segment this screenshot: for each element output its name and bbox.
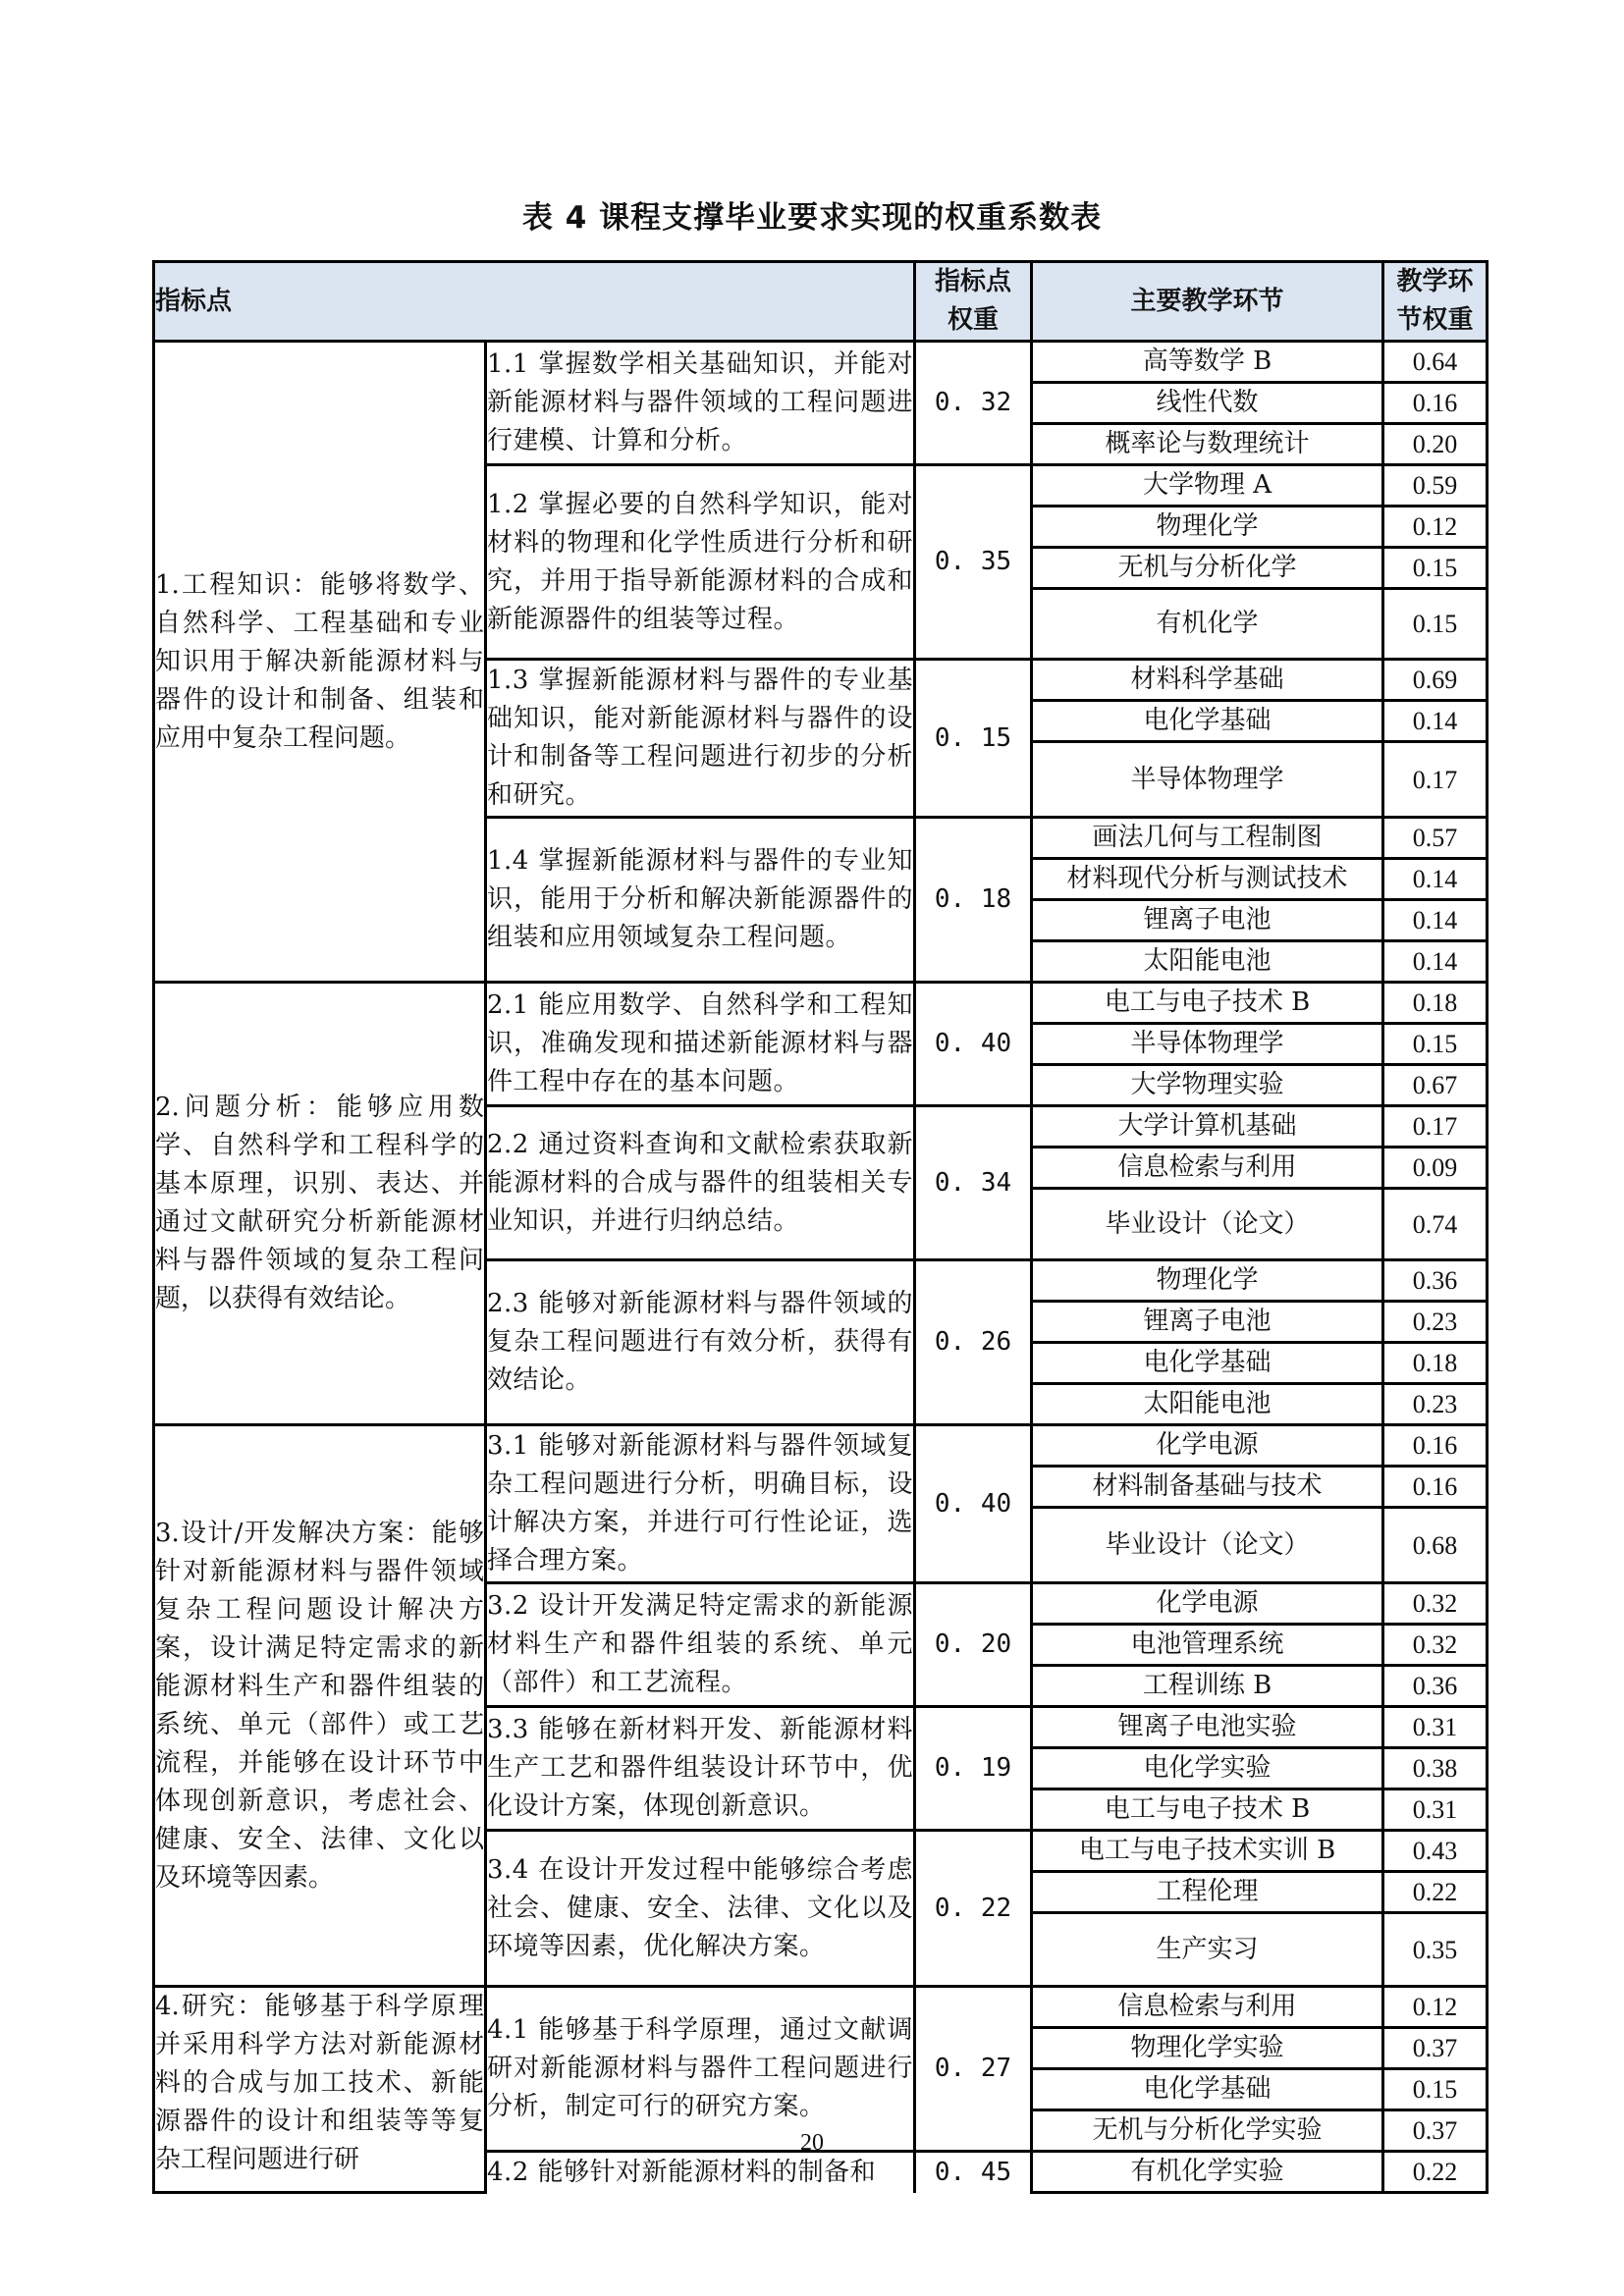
course-name: 太阳能电池 bbox=[1032, 941, 1383, 983]
course-name: 电工与电子技术 B bbox=[1032, 983, 1383, 1024]
course-name: 半导体物理学 bbox=[1032, 742, 1383, 818]
indicator-weight-cell: 0. 45 bbox=[915, 2152, 1032, 2193]
indicator-weight-cell: 0. 26 bbox=[915, 1260, 1032, 1425]
course-weight: 0.16 bbox=[1383, 1467, 1488, 1508]
indicator-point-cell: 3.4 在设计开发过程中能够综合考虑社会、健康、安全、法律、文化以及环境等因素，… bbox=[486, 1831, 915, 1987]
course-name: 化学电源 bbox=[1032, 1425, 1383, 1467]
indicator-weight-cell: 0. 35 bbox=[915, 465, 1032, 660]
weight-coefficient-table: 指标点 指标点权重 主要教学环节 教学环节权重 1.工程知识：能够将数学、自然科… bbox=[152, 260, 1489, 2194]
requirement-cell: 3.设计/开发解决方案：能够针对新能源材料与器件领域复杂工程问题设计解决方案，设… bbox=[154, 1425, 486, 1987]
indicator-weight-cell: 0. 19 bbox=[915, 1707, 1032, 1831]
course-weight: 0.64 bbox=[1383, 342, 1488, 383]
requirement-cell: 2.问题分析：能够应用数学、自然科学和工程科学的基本原理，识别、表达、并通过文献… bbox=[154, 983, 486, 1425]
course-name: 材料科学基础 bbox=[1032, 660, 1383, 701]
course-weight: 0.59 bbox=[1383, 465, 1488, 507]
table-title: 表 4 课程支撑毕业要求实现的权重系数表 bbox=[0, 192, 1624, 237]
page-number: 20 bbox=[0, 2130, 1624, 2157]
course-name: 大学物理实验 bbox=[1032, 1065, 1383, 1106]
course-weight: 0.74 bbox=[1383, 1189, 1488, 1260]
course-weight: 0.57 bbox=[1383, 818, 1488, 859]
course-name: 电工与电子技术实训 B bbox=[1032, 1831, 1383, 1872]
requirement-cell: 4.研究：能够基于科学原理并采用科学方法对新能源材料的合成与加工技术、新能源器件… bbox=[154, 1987, 486, 2193]
course-weight: 0.23 bbox=[1383, 1384, 1488, 1425]
course-weight: 0.17 bbox=[1383, 1106, 1488, 1148]
header-indicator: 指标点 bbox=[154, 262, 915, 342]
indicator-weight-cell: 0. 40 bbox=[915, 1425, 1032, 1583]
course-name: 电化学实验 bbox=[1032, 1748, 1383, 1789]
course-name: 高等数学 B bbox=[1032, 342, 1383, 383]
course-name: 锂离子电池实验 bbox=[1032, 1707, 1383, 1748]
course-name: 生产实习 bbox=[1032, 1913, 1383, 1987]
course-weight: 0.15 bbox=[1383, 1024, 1488, 1065]
indicator-point-cell: 1.2 掌握必要的自然科学知识，能对材料的物理和化学性质进行分析和研究，并用于指… bbox=[486, 465, 915, 660]
course-weight: 0.36 bbox=[1383, 1260, 1488, 1302]
course-name: 电化学基础 bbox=[1032, 701, 1383, 742]
course-name: 电工与电子技术 B bbox=[1032, 1789, 1383, 1831]
course-name: 大学计算机基础 bbox=[1032, 1106, 1383, 1148]
course-weight: 0.09 bbox=[1383, 1148, 1488, 1189]
course-name: 信息检索与利用 bbox=[1032, 1148, 1383, 1189]
indicator-weight-cell: 0. 15 bbox=[915, 660, 1032, 818]
course-name: 大学物理 A bbox=[1032, 465, 1383, 507]
course-weight: 0.14 bbox=[1383, 900, 1488, 941]
course-weight: 0.15 bbox=[1383, 548, 1488, 589]
course-weight: 0.14 bbox=[1383, 859, 1488, 900]
header-indicator-weight: 指标点权重 bbox=[915, 262, 1032, 342]
course-weight: 0.38 bbox=[1383, 1748, 1488, 1789]
course-name: 化学电源 bbox=[1032, 1583, 1383, 1625]
header-indicator-weight-line2: 权重 bbox=[947, 305, 999, 335]
course-weight: 0.15 bbox=[1383, 589, 1488, 660]
course-name: 工程伦理 bbox=[1032, 1872, 1383, 1913]
course-name: 电池管理系统 bbox=[1032, 1625, 1383, 1666]
course-weight: 0.69 bbox=[1383, 660, 1488, 701]
course-weight: 0.14 bbox=[1383, 701, 1488, 742]
course-weight: 0.36 bbox=[1383, 1666, 1488, 1707]
requirement-cell: 1.工程知识：能够将数学、自然科学、工程基础和专业知识用于解决新能源材料与器件的… bbox=[154, 342, 486, 983]
indicator-point-cell: 1.3 掌握新能源材料与器件的专业基础知识，能对新能源材料与器件的设计和制备等工… bbox=[486, 660, 915, 818]
course-weight: 0.18 bbox=[1383, 1343, 1488, 1384]
indicator-point-cell: 4.2 能够针对新能源材料的制备和 bbox=[486, 2152, 915, 2193]
course-weight: 0.20 bbox=[1383, 424, 1488, 465]
course-weight: 0.22 bbox=[1383, 2152, 1488, 2193]
indicator-point-cell: 4.1 能够基于科学原理，通过文献调研对新能源材料与器件工程问题进行分析，制定可… bbox=[486, 1987, 915, 2152]
course-weight: 0.18 bbox=[1383, 983, 1488, 1024]
course-name: 工程训练 B bbox=[1032, 1666, 1383, 1707]
header-indicator-weight-line1: 指标点 bbox=[935, 267, 1011, 296]
course-weight: 0.15 bbox=[1383, 2069, 1488, 2110]
course-name: 材料制备基础与技术 bbox=[1032, 1467, 1383, 1508]
course-weight: 0.16 bbox=[1383, 383, 1488, 424]
course-name: 信息检索与利用 bbox=[1032, 1987, 1383, 2028]
course-name: 毕业设计（论文） bbox=[1032, 1189, 1383, 1260]
course-name: 概率论与数理统计 bbox=[1032, 424, 1383, 465]
course-name: 无机与分析化学 bbox=[1032, 548, 1383, 589]
course-name: 物理化学 bbox=[1032, 507, 1383, 548]
course-weight: 0.67 bbox=[1383, 1065, 1488, 1106]
course-name: 锂离子电池 bbox=[1032, 1302, 1383, 1343]
indicator-weight-cell: 0. 22 bbox=[915, 1831, 1032, 1987]
course-name: 物理化学实验 bbox=[1032, 2028, 1383, 2069]
indicator-point-cell: 1.1 掌握数学相关基础知识，并能对新能源材料与器件领域的工程问题进行建模、计算… bbox=[486, 342, 915, 465]
course-weight: 0.31 bbox=[1383, 1707, 1488, 1748]
indicator-weight-cell: 0. 20 bbox=[915, 1583, 1032, 1707]
indicator-point-cell: 3.3 能够在新材料开发、新能源材料生产工艺和器件组装设计环节中，优化设计方案，… bbox=[486, 1707, 915, 1831]
header-link-weight-line1: 教学环 bbox=[1397, 267, 1474, 296]
indicator-weight-cell: 0. 40 bbox=[915, 983, 1032, 1106]
indicator-weight-cell: 0. 34 bbox=[915, 1106, 1032, 1260]
indicator-point-cell: 3.2 设计开发满足特定需求的新能源材料生产和器件组装的系统、单元（部件）和工艺… bbox=[486, 1583, 915, 1707]
course-name: 电化学基础 bbox=[1032, 1343, 1383, 1384]
course-name: 材料现代分析与测试技术 bbox=[1032, 859, 1383, 900]
course-name: 电化学基础 bbox=[1032, 2069, 1383, 2110]
indicator-point-cell: 2.2 通过资料查询和文献检索获取新能源材料的合成与器件的组装相关专业知识，并进… bbox=[486, 1106, 915, 1260]
course-weight: 0.32 bbox=[1383, 1583, 1488, 1625]
course-weight: 0.17 bbox=[1383, 742, 1488, 818]
indicator-point-cell: 1.4 掌握新能源材料与器件的专业知识，能用于分析和解决新能源器件的组装和应用领… bbox=[486, 818, 915, 983]
indicator-point-cell: 3.1 能够对新能源材料与器件领域复杂工程问题进行分析，明确目标，设计解决方案，… bbox=[486, 1425, 915, 1583]
course-name: 有机化学实验 bbox=[1032, 2152, 1383, 2193]
course-name: 太阳能电池 bbox=[1032, 1384, 1383, 1425]
course-weight: 0.43 bbox=[1383, 1831, 1488, 1872]
header-link-weight: 教学环节权重 bbox=[1383, 262, 1488, 342]
indicator-point-cell: 2.3 能够对新能源材料与器件领域的复杂工程问题进行有效分析，获得有效结论。 bbox=[486, 1260, 915, 1425]
course-weight: 0.23 bbox=[1383, 1302, 1488, 1343]
course-name: 锂离子电池 bbox=[1032, 900, 1383, 941]
course-weight: 0.32 bbox=[1383, 1625, 1488, 1666]
course-name: 毕业设计（论文） bbox=[1032, 1508, 1383, 1583]
indicator-weight-cell: 0. 27 bbox=[915, 1987, 1032, 2152]
course-weight: 0.35 bbox=[1383, 1913, 1488, 1987]
header-teaching-link: 主要教学环节 bbox=[1032, 262, 1383, 342]
course-weight: 0.16 bbox=[1383, 1425, 1488, 1467]
course-weight: 0.14 bbox=[1383, 941, 1488, 983]
header-row: 指标点 指标点权重 主要教学环节 教学环节权重 bbox=[154, 262, 1488, 342]
course-name: 画法几何与工程制图 bbox=[1032, 818, 1383, 859]
course-name: 有机化学 bbox=[1032, 589, 1383, 660]
indicator-point-cell: 2.1 能应用数学、自然科学和工程知识，准确发现和描述新能源材料与器件工程中存在… bbox=[486, 983, 915, 1106]
course-weight: 0.12 bbox=[1383, 1987, 1488, 2028]
indicator-weight-cell: 0. 18 bbox=[915, 818, 1032, 983]
course-weight: 0.31 bbox=[1383, 1789, 1488, 1831]
course-name: 物理化学 bbox=[1032, 1260, 1383, 1302]
course-name: 半导体物理学 bbox=[1032, 1024, 1383, 1065]
course-weight: 0.12 bbox=[1383, 507, 1488, 548]
course-name: 线性代数 bbox=[1032, 383, 1383, 424]
course-weight: 0.37 bbox=[1383, 2028, 1488, 2069]
course-weight: 0.68 bbox=[1383, 1508, 1488, 1583]
header-link-weight-line2: 节权重 bbox=[1397, 305, 1474, 335]
indicator-weight-cell: 0. 32 bbox=[915, 342, 1032, 465]
course-weight: 0.22 bbox=[1383, 1872, 1488, 1913]
